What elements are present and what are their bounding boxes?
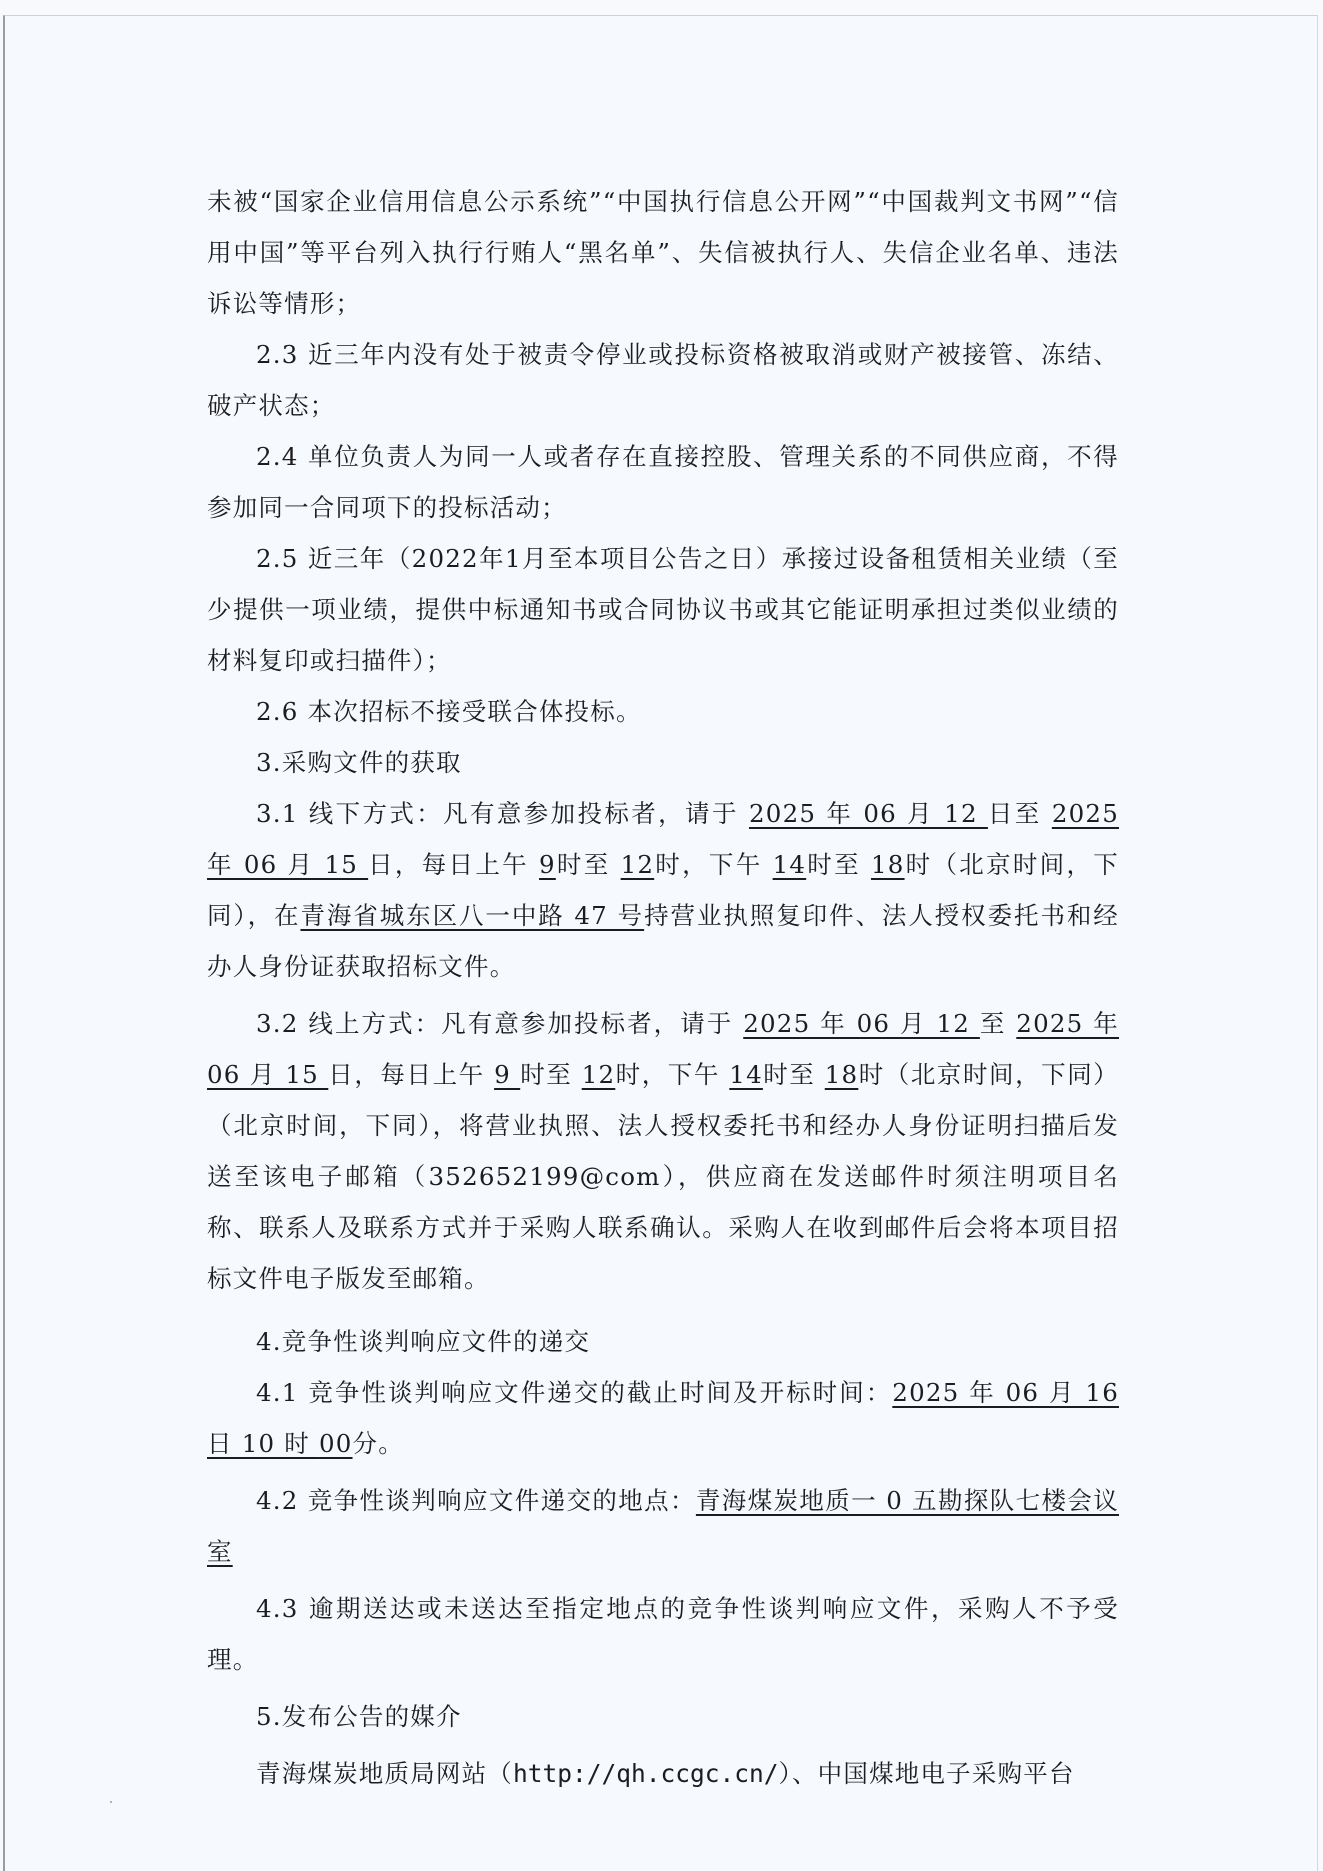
text-run: 时，下午 <box>654 850 772 879</box>
text-run: 时（北京时间，下同）（北京时间，下同），将营业执照、法人授权委托书和经办人身份证… <box>207 1060 1119 1293</box>
underlined-field: 00 <box>319 1429 353 1458</box>
text-run: 未被“国家企业信用信息公示系统”“中国执行信息公开网”“中国裁判文书网”“信用中… <box>207 187 1119 318</box>
text-run: 日至 <box>988 799 1052 828</box>
paragraph-h-5: 5.发布公告的媒介 <box>207 1691 1119 1742</box>
paragraph-p-2-6: 2.6 本次招标不接受联合体投标。 <box>207 686 1119 737</box>
paragraph-p-2-5: 2.5 近三年（2022年1月至本项目公告之日）承接过设备租赁相关业绩（至少提供… <box>207 533 1119 686</box>
paragraph-p-3-1: 3.1 线下方式：凡有意参加投标者，请于 2025 年 06 月 12 日至 2… <box>207 788 1119 992</box>
underlined-field: 14 <box>729 1060 763 1089</box>
underlined-field: 2025 年 06 月 12 <box>749 799 988 828</box>
underlined-field: 青海省城东区八一中路 47 号 <box>300 901 644 930</box>
paragraph-p-3-2: 3.2 线上方式：凡有意参加投标者，请于 2025 年 06 月 12 至 20… <box>207 998 1119 1304</box>
text-run: 3.采购文件的获取 <box>256 748 462 777</box>
text-run: 日，每日上午 <box>328 1060 494 1089</box>
underlined-field: 9 <box>494 1060 520 1089</box>
url-text: http://qh.ccgc.cn/ <box>513 1759 779 1788</box>
text-run: 2.5 近三年（2022年1月至本项目公告之日）承接过设备租赁相关业绩（至少提供… <box>207 544 1119 675</box>
scan-speck <box>110 1801 112 1803</box>
text-run: 2.6 本次招标不接受联合体投标。 <box>256 697 642 726</box>
paragraph-p-2-2-cont: 未被“国家企业信用信息公示系统”“中国执行信息公开网”“中国裁判文书网”“信用中… <box>207 176 1119 329</box>
underlined-field: 18 <box>871 850 905 879</box>
paragraph-p-4-3: 4.3 逾期送达或未送达至指定地点的竞争性谈判响应文件，采购人不予受理。 <box>207 1583 1119 1685</box>
text-run: 4.1 竞争性谈判响应文件递交的截止时间及开标时间： <box>256 1378 892 1407</box>
text-run: 时至 <box>556 850 621 879</box>
paragraph-p-5-1: 青海煤炭地质局网站（http://qh.ccgc.cn/）、中国煤地电子采购平台 <box>207 1748 1119 1799</box>
text-run: 时，下午 <box>615 1060 729 1089</box>
underlined-field: 18 <box>825 1060 859 1089</box>
underlined-field: 12 <box>621 850 655 879</box>
text-run: 3.1 线下方式：凡有意参加投标者，请于 <box>256 799 749 828</box>
text-run: 4.3 逾期送达或未送达至指定地点的竞争性谈判响应文件，采购人不予受理。 <box>207 1594 1119 1674</box>
paragraph-p-2-3: 2.3 近三年内没有处于被责令停业或投标资格被取消或财产被接管、冻结、破产状态； <box>207 329 1119 431</box>
paragraph-p-4-2: 4.2 竞争性谈判响应文件递交的地点：青海煤炭地质一 0 五勘探队七楼会议室 <box>207 1475 1119 1577</box>
text-run: 青海煤炭地质局网站（ <box>256 1759 513 1788</box>
text-run: 2.3 近三年内没有处于被责令停业或投标资格被取消或财产被接管、冻结、破产状态； <box>207 340 1119 420</box>
underlined-field: 12 <box>582 1060 616 1089</box>
text-run: 日，每日上午 <box>368 850 539 879</box>
text-run: 时至 <box>520 1060 582 1089</box>
text-run: ）、中国煤地电子采购平台 <box>779 1759 1075 1788</box>
underlined-field: 2025 年 06 月 12 <box>743 1009 980 1038</box>
text-run: 4.竞争性谈判响应文件的递交 <box>256 1327 590 1356</box>
paragraph-h-3: 3.采购文件的获取 <box>207 737 1119 788</box>
text-run: 2.4 单位负责人为同一人或者存在直接控股、管理关系的不同供应商，不得参加同一合… <box>207 442 1119 522</box>
text-run: 分。 <box>353 1429 404 1458</box>
paragraph-h-4: 4.竞争性谈判响应文件的递交 <box>207 1316 1119 1367</box>
paragraph-p-4-1: 4.1 竞争性谈判响应文件递交的截止时间及开标时间：2025 年 06 月 16… <box>207 1367 1119 1469</box>
paragraph-p-2-4: 2.4 单位负责人为同一人或者存在直接控股、管理关系的不同供应商，不得参加同一合… <box>207 431 1119 533</box>
text-run: 至 <box>980 1009 1016 1038</box>
text-run: 3.2 线上方式：凡有意参加投标者，请于 <box>256 1009 743 1038</box>
document-body: 未被“国家企业信用信息公示系统”“中国执行信息公开网”“中国裁判文书网”“信用中… <box>207 176 1119 1799</box>
text-run: 时至 <box>806 850 871 879</box>
text-run: 5.发布公告的媒介 <box>256 1702 462 1731</box>
underlined-field: 9 <box>539 850 556 879</box>
text-run: 时至 <box>763 1060 825 1089</box>
text-run: 4.2 竞争性谈判响应文件递交的地点： <box>256 1486 696 1515</box>
underlined-field: 14 <box>773 850 807 879</box>
